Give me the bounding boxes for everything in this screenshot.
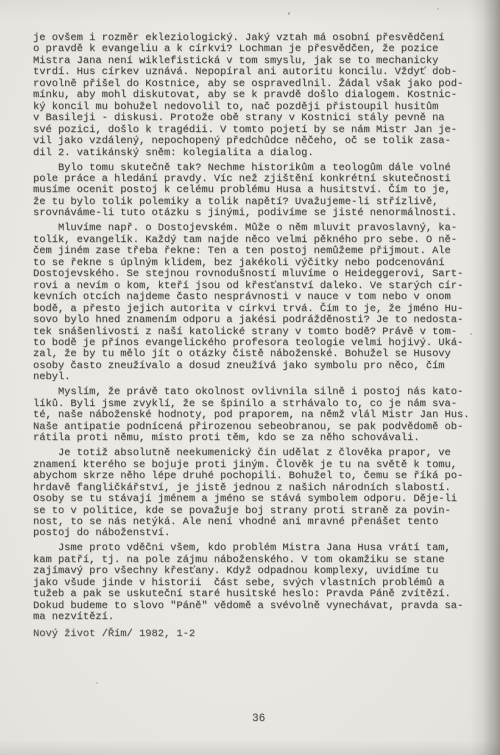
paragraph: Mluvíme např. o Dostojevském. Může o něm… (33, 223, 483, 383)
scan-speck (437, 8, 439, 10)
scan-speck (288, 12, 290, 15)
document-page: je ovšem i rozměr ekleziologický. Jaký v… (0, 0, 500, 755)
paragraph: Bylo tomu skutečně tak? Nechme historiků… (33, 163, 483, 220)
scan-speck (470, 333, 472, 335)
paragraph: je ovšem i rozměr ekleziologický. Jaký v… (33, 33, 483, 159)
body-text: je ovšem i rozměr ekleziologický. Jaký v… (33, 33, 483, 627)
paragraph: Jsme proto vděčni všem, kdo problém Mist… (33, 543, 483, 623)
page-number: 36 (252, 713, 265, 725)
paragraph: Myslím, že právě tato okolnost ovlivnila… (33, 387, 483, 444)
source-citation: Nový život /Řím/ 1982, 1-2 (33, 629, 195, 640)
scan-speck (96, 682, 98, 684)
paragraph: Je totiž absolutně neekumenický čin uděl… (33, 448, 483, 540)
